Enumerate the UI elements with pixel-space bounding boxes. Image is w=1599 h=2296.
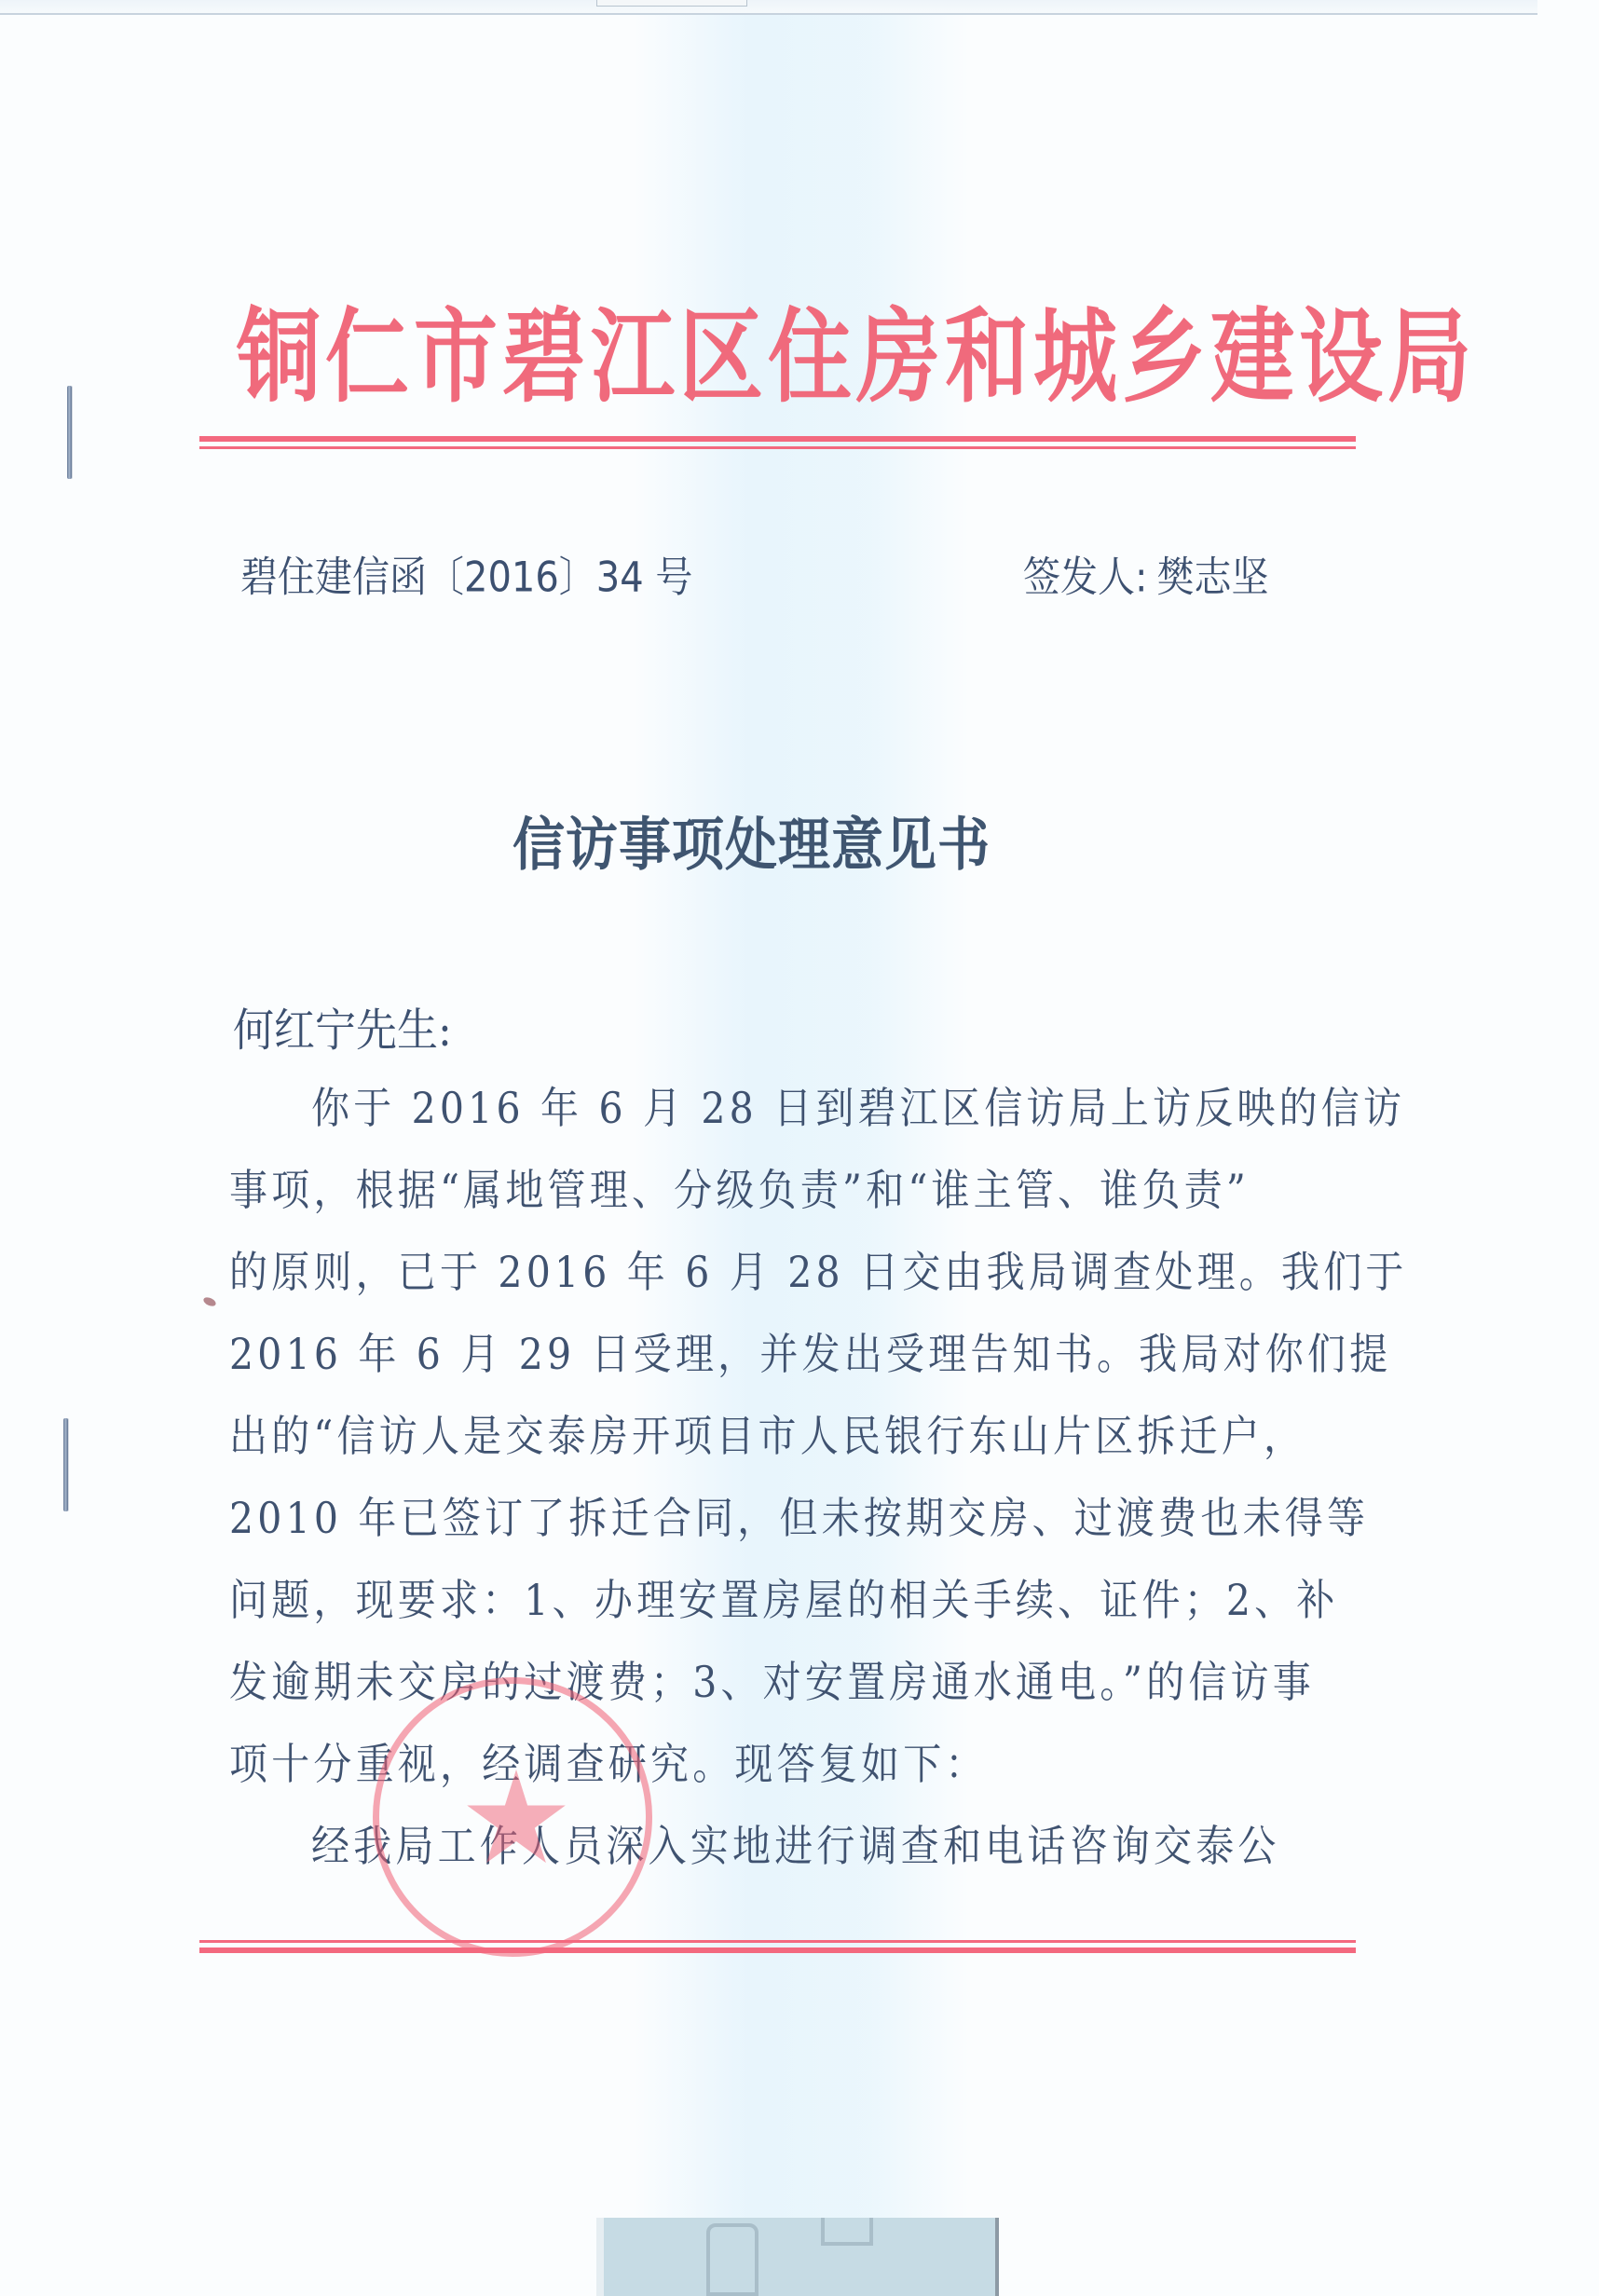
signer: 签发人:樊志坚 [1023, 544, 1268, 604]
body-line: 问题，现要求：1、办理安置房屋的相关手续、证件；2、补 [229, 1564, 1301, 1656]
body-line: 2010 年已签订了拆迁合同，但未按期交房、过渡费也未得等 [229, 1482, 1301, 1574]
body-line: 出的“信访人是交泰房开项目市人民银行东山片区拆迁户， [229, 1400, 1301, 1492]
ink-speck [202, 1295, 217, 1307]
body-line: 发逾期未交房的过渡费；3、对安置房通水通电。”的信访事 [229, 1646, 1301, 1738]
body-line: 项十分重视，经调查研究。现答复如下： [229, 1728, 1301, 1820]
signer-label: 签发人: [1023, 553, 1147, 602]
letterhead-rule-thin [199, 446, 1356, 449]
body-line: 的原则，已于 2016 年 6 月 28 日交由我局调查处理。我们于 [229, 1236, 1301, 1328]
peek-shape-icon [706, 2223, 758, 2296]
footer-rule-thin [199, 1940, 1356, 1943]
staple-icon-top [67, 386, 72, 479]
letterhead-rule-thick [199, 436, 1356, 442]
signer-name: 樊志坚 [1156, 553, 1268, 602]
body-line: 2016 年 6 月 29 日受理，并发出受理告知书。我局对你们提 [229, 1318, 1301, 1410]
document-meta: 碧住建信函〔2016〕34 号 签发人:樊志坚 [240, 544, 1312, 617]
document-number: 碧住建信函〔2016〕34 号 [240, 544, 692, 604]
body-line: 经我局工作人员深入实地进行调查和电话咨询交泰公 [229, 1810, 1301, 1902]
letterhead-organization: 铜仁市碧江区住房和城乡建设局 [237, 283, 1308, 431]
body-line: 你于 2016 年 6 月 28 日到碧江区信访局上访反映的信访 [229, 1072, 1301, 1164]
document-title: 信访事项处理意见书 [512, 799, 991, 881]
staple-icon-bottom [63, 1418, 68, 1511]
salutation: 何红宁先生: [233, 993, 452, 1059]
scanner-next-page-peek [596, 2218, 999, 2296]
document-body: 你于 2016 年 6 月 28 日到碧江区信访局上访反映的信访 事项，根据“属… [229, 1072, 1301, 1892]
scan-top-edge [0, 0, 1537, 15]
scan-top-tab [596, 0, 747, 7]
footer-rule-thick [199, 1947, 1356, 1953]
body-line: 事项，根据“属地管理、分级负责”和“谁主管、谁负责” [229, 1154, 1301, 1246]
peek-box-icon [821, 2218, 873, 2246]
